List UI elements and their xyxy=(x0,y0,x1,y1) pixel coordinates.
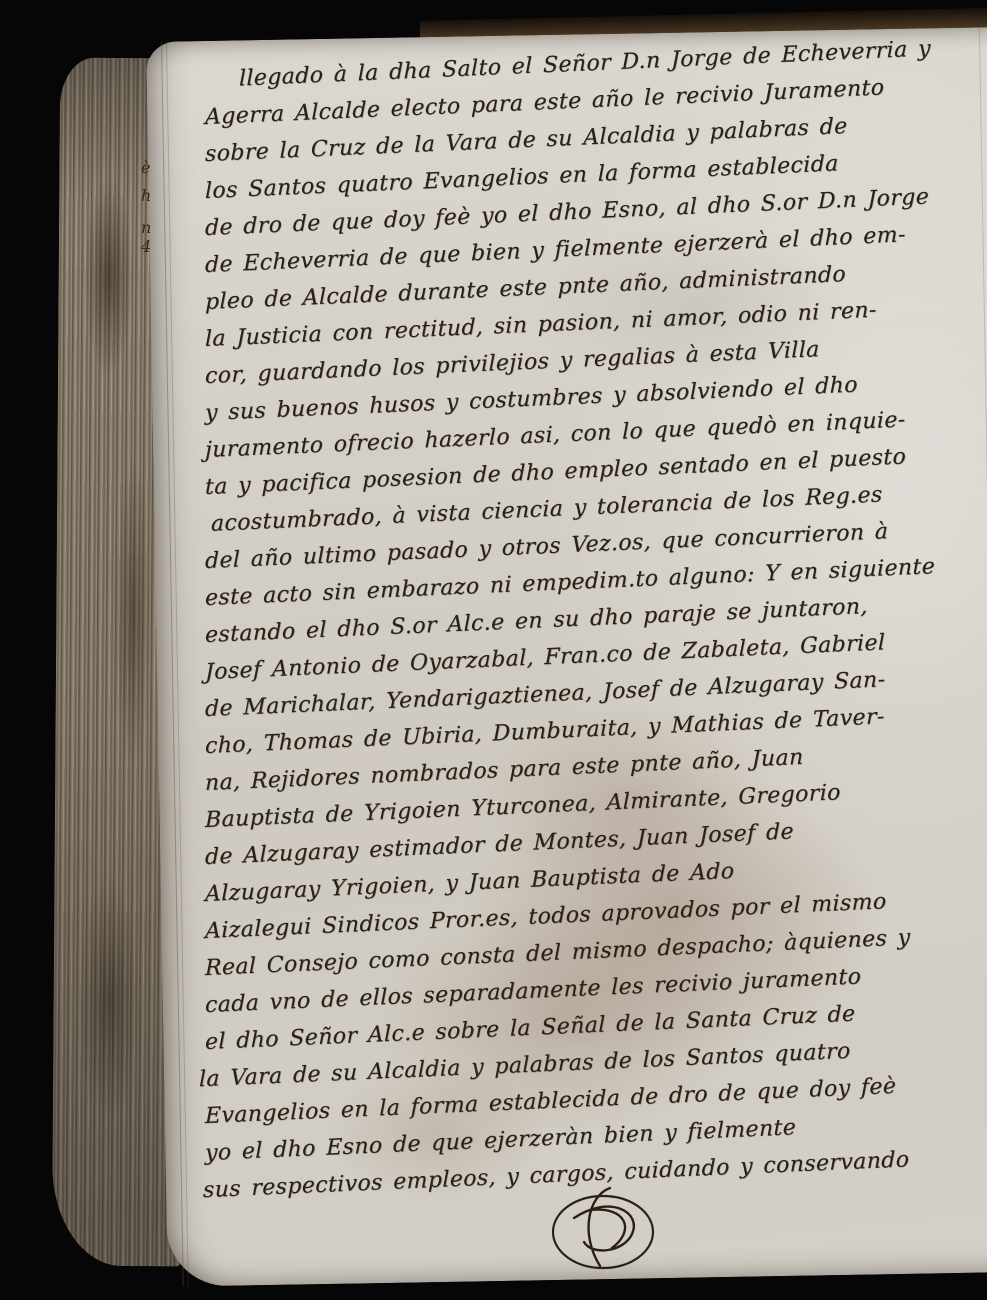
manuscript-text: llegado à la dha Salto el Señor D.n Jorg… xyxy=(205,30,945,1209)
manuscript-photo: è h n 4 llegado à la dha Salto el Señor … xyxy=(0,0,987,1300)
scribal-rubric-flourish xyxy=(540,1182,670,1277)
margin-letter: n xyxy=(141,220,151,236)
gutter-margin-letters: è h n 4 xyxy=(141,160,151,255)
margin-letter: 4 xyxy=(141,239,151,255)
margin-letter: è xyxy=(141,160,151,176)
margin-letter: h xyxy=(141,188,151,204)
